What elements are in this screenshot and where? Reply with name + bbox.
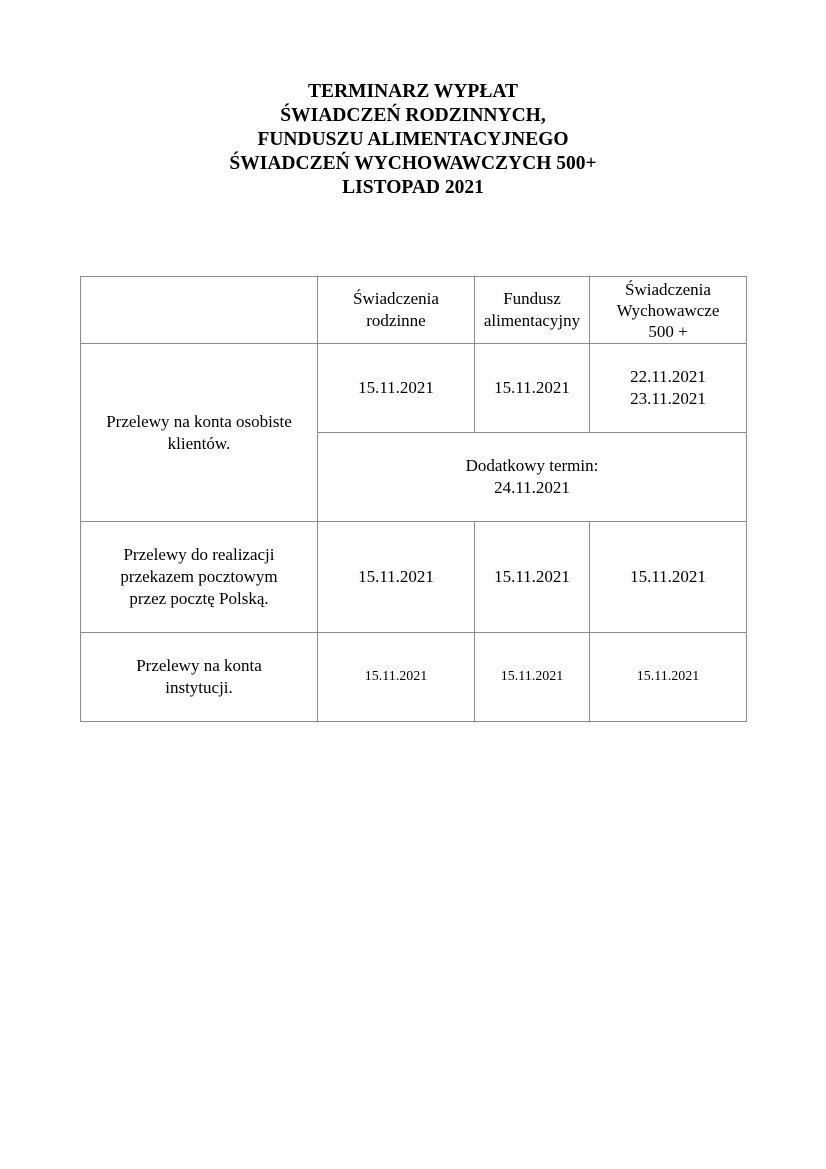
date-cell: 15.11.2021 xyxy=(590,522,747,633)
date-cell: 22.11.2021 23.11.2021 xyxy=(590,344,747,433)
header-text: alimentacyjny xyxy=(475,310,589,332)
date-cell: 15.11.2021 xyxy=(475,522,590,633)
row-label: Przelewy na konta instytucji. xyxy=(81,633,318,722)
date-cell: 15.11.2021 xyxy=(318,344,475,433)
additional-date-cell: Dodatkowy termin: 24.11.2021 xyxy=(318,433,747,522)
label-text: Przelewy do realizacji xyxy=(81,544,317,566)
date-cell: 15.11.2021 xyxy=(318,633,475,722)
date-cell: 15.11.2021 xyxy=(318,522,475,633)
header-upbringing-benefits: Świadczenia Wychowawcze 500 + xyxy=(590,277,747,344)
date-cell: 15.11.2021 xyxy=(475,344,590,433)
header-text: rodzinne xyxy=(318,310,474,332)
header-text: Świadczenia xyxy=(318,288,474,310)
extra-text: Dodatkowy termin: xyxy=(318,455,746,477)
date-text: 22.11.2021 xyxy=(590,366,746,388)
date-text: 23.11.2021 xyxy=(590,388,746,410)
title-line: TERMINARZ WYPŁAT xyxy=(0,80,826,104)
header-empty-cell xyxy=(81,277,318,344)
table-row: Przelewy na konta instytucji. 15.11.2021… xyxy=(81,633,747,722)
row-label: Przelewy na konta osobiste klientów. xyxy=(81,344,318,522)
header-family-benefits: Świadczenia rodzinne xyxy=(318,277,475,344)
label-text: instytucji. xyxy=(81,677,317,699)
title-line: FUNDUSZU ALIMENTACYJNEGO xyxy=(0,128,826,152)
extra-text: 24.11.2021 xyxy=(318,477,746,499)
header-text: 500 + xyxy=(590,321,746,342)
label-text: Przelewy na konta xyxy=(81,655,317,677)
document-title: TERMINARZ WYPŁAT ŚWIADCZEŃ RODZINNYCH, F… xyxy=(0,80,826,200)
header-text: Fundusz xyxy=(475,288,589,310)
row-label: Przelewy do realizacji przekazem pocztow… xyxy=(81,522,318,633)
header-alimony-fund: Fundusz alimentacyjny xyxy=(475,277,590,344)
label-text: przez pocztę Polską. xyxy=(81,588,317,610)
label-text: przekazem pocztowym xyxy=(81,566,317,588)
payment-schedule-table: Świadczenia rodzinne Fundusz alimentacyj… xyxy=(80,276,747,722)
title-line: ŚWIADCZEŃ WYCHOWAWCZYCH 500+ xyxy=(0,152,826,176)
table-row: Przelewy do realizacji przekazem pocztow… xyxy=(81,522,747,633)
title-line: ŚWIADCZEŃ RODZINNYCH, xyxy=(0,104,826,128)
table-row: Przelewy na konta osobiste klientów. 15.… xyxy=(81,344,747,433)
title-line: LISTOPAD 2021 xyxy=(0,176,826,200)
date-cell: 15.11.2021 xyxy=(475,633,590,722)
label-text: klientów. xyxy=(81,433,317,455)
date-cell: 15.11.2021 xyxy=(590,633,747,722)
header-text: Świadczenia xyxy=(590,279,746,300)
label-text: Przelewy na konta osobiste xyxy=(81,411,317,433)
header-text: Wychowawcze xyxy=(590,300,746,321)
table-header-row: Świadczenia rodzinne Fundusz alimentacyj… xyxy=(81,277,747,344)
